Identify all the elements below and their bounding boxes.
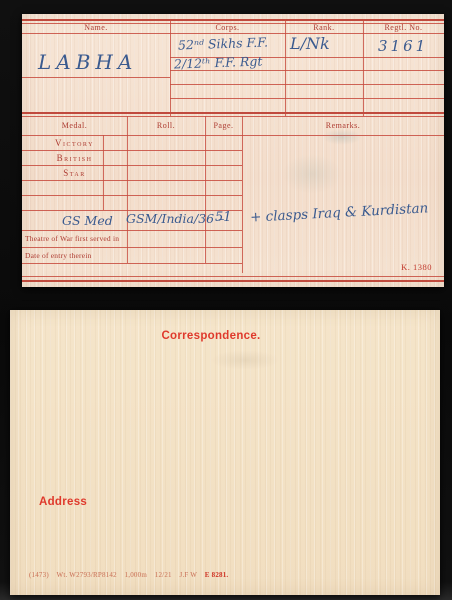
corps-column-header: Corps. <box>170 23 285 32</box>
name-handwritten-value: LABHA <box>38 50 137 74</box>
column-line <box>127 116 128 263</box>
correspondence-title: Correspondence. <box>10 330 412 342</box>
rule-line <box>22 195 242 196</box>
rule-line <box>22 247 242 248</box>
rule-line <box>22 280 444 282</box>
corps-handwritten-line2: 2/12ᵗʰ F.F. Rgt <box>174 53 263 71</box>
paper-stain <box>210 350 280 370</box>
form-code: K. 1380 <box>401 262 432 272</box>
column-line <box>363 19 364 116</box>
medal-row-british: British <box>22 153 127 163</box>
regtl-no-column-header: Regtl. No. <box>363 23 444 32</box>
rule-line <box>170 84 444 85</box>
scanned-medal-card-page: { "colors": { "background": "#0c0c0c", "… <box>0 0 452 600</box>
medal-index-card-back: Correspondence. Address (1473) Wt. W2793… <box>10 310 440 595</box>
medal-entry-handwritten: GS Med <box>62 213 113 228</box>
medal-column-header: Medal. <box>22 121 127 130</box>
rule-line <box>22 276 444 277</box>
page-column-header: Page. <box>205 121 242 130</box>
rule-line <box>22 19 444 21</box>
rank-column-header: Rank. <box>285 23 363 32</box>
roll-column-header: Roll. <box>127 121 205 130</box>
medal-row-victory: Victory <box>22 138 127 148</box>
rule-line <box>22 165 242 166</box>
printer-imprint-code: E 8281. <box>205 571 229 579</box>
rule-line <box>170 98 444 99</box>
date-of-entry-label: Date of entry therein <box>25 251 91 260</box>
paper-stain <box>322 129 362 145</box>
medal-row-star: Star <box>22 168 127 178</box>
printer-imprint-text: (1473) Wt. W2793/RP8142 1,000m 12/21 J.F… <box>29 571 205 579</box>
rule-line <box>22 230 242 231</box>
rule-line <box>22 135 444 136</box>
column-line <box>170 19 171 116</box>
roll-entry-handwritten: GSM/India/36 – <box>126 211 224 226</box>
rule-line <box>22 33 444 34</box>
column-line <box>242 116 243 273</box>
printer-imprint-line: (1473) Wt. W2793/RP8142 1,000m 12/21 J.F… <box>29 571 228 579</box>
rule-line <box>22 116 444 117</box>
column-line <box>285 19 286 116</box>
rule-line <box>22 77 170 78</box>
rule-line <box>22 263 242 264</box>
page-entry-handwritten: 51 <box>215 210 232 225</box>
rule-line <box>22 180 242 181</box>
column-line <box>205 116 206 263</box>
section-divider-line <box>22 112 444 114</box>
theatre-of-war-label: Theatre of War first served in <box>25 234 119 243</box>
paper-stain <box>282 154 342 194</box>
remarks-column-header: Remarks. <box>242 121 444 130</box>
rank-handwritten-value: L/Nk <box>290 34 330 53</box>
corps-handwritten-line1: 52ⁿᵈ Sikhs F.F. <box>178 34 268 52</box>
medal-index-card-front: Name. Corps. Rank. Regtl. No. LABHA 52ⁿᵈ… <box>22 14 444 287</box>
name-column-header: Name. <box>22 23 170 32</box>
address-label: Address <box>39 496 87 508</box>
regtl-no-handwritten-value: 3161 <box>378 37 428 55</box>
rule-line <box>22 150 242 151</box>
remarks-entry-handwritten: + clasps Iraq & Kurdistan <box>250 200 429 225</box>
